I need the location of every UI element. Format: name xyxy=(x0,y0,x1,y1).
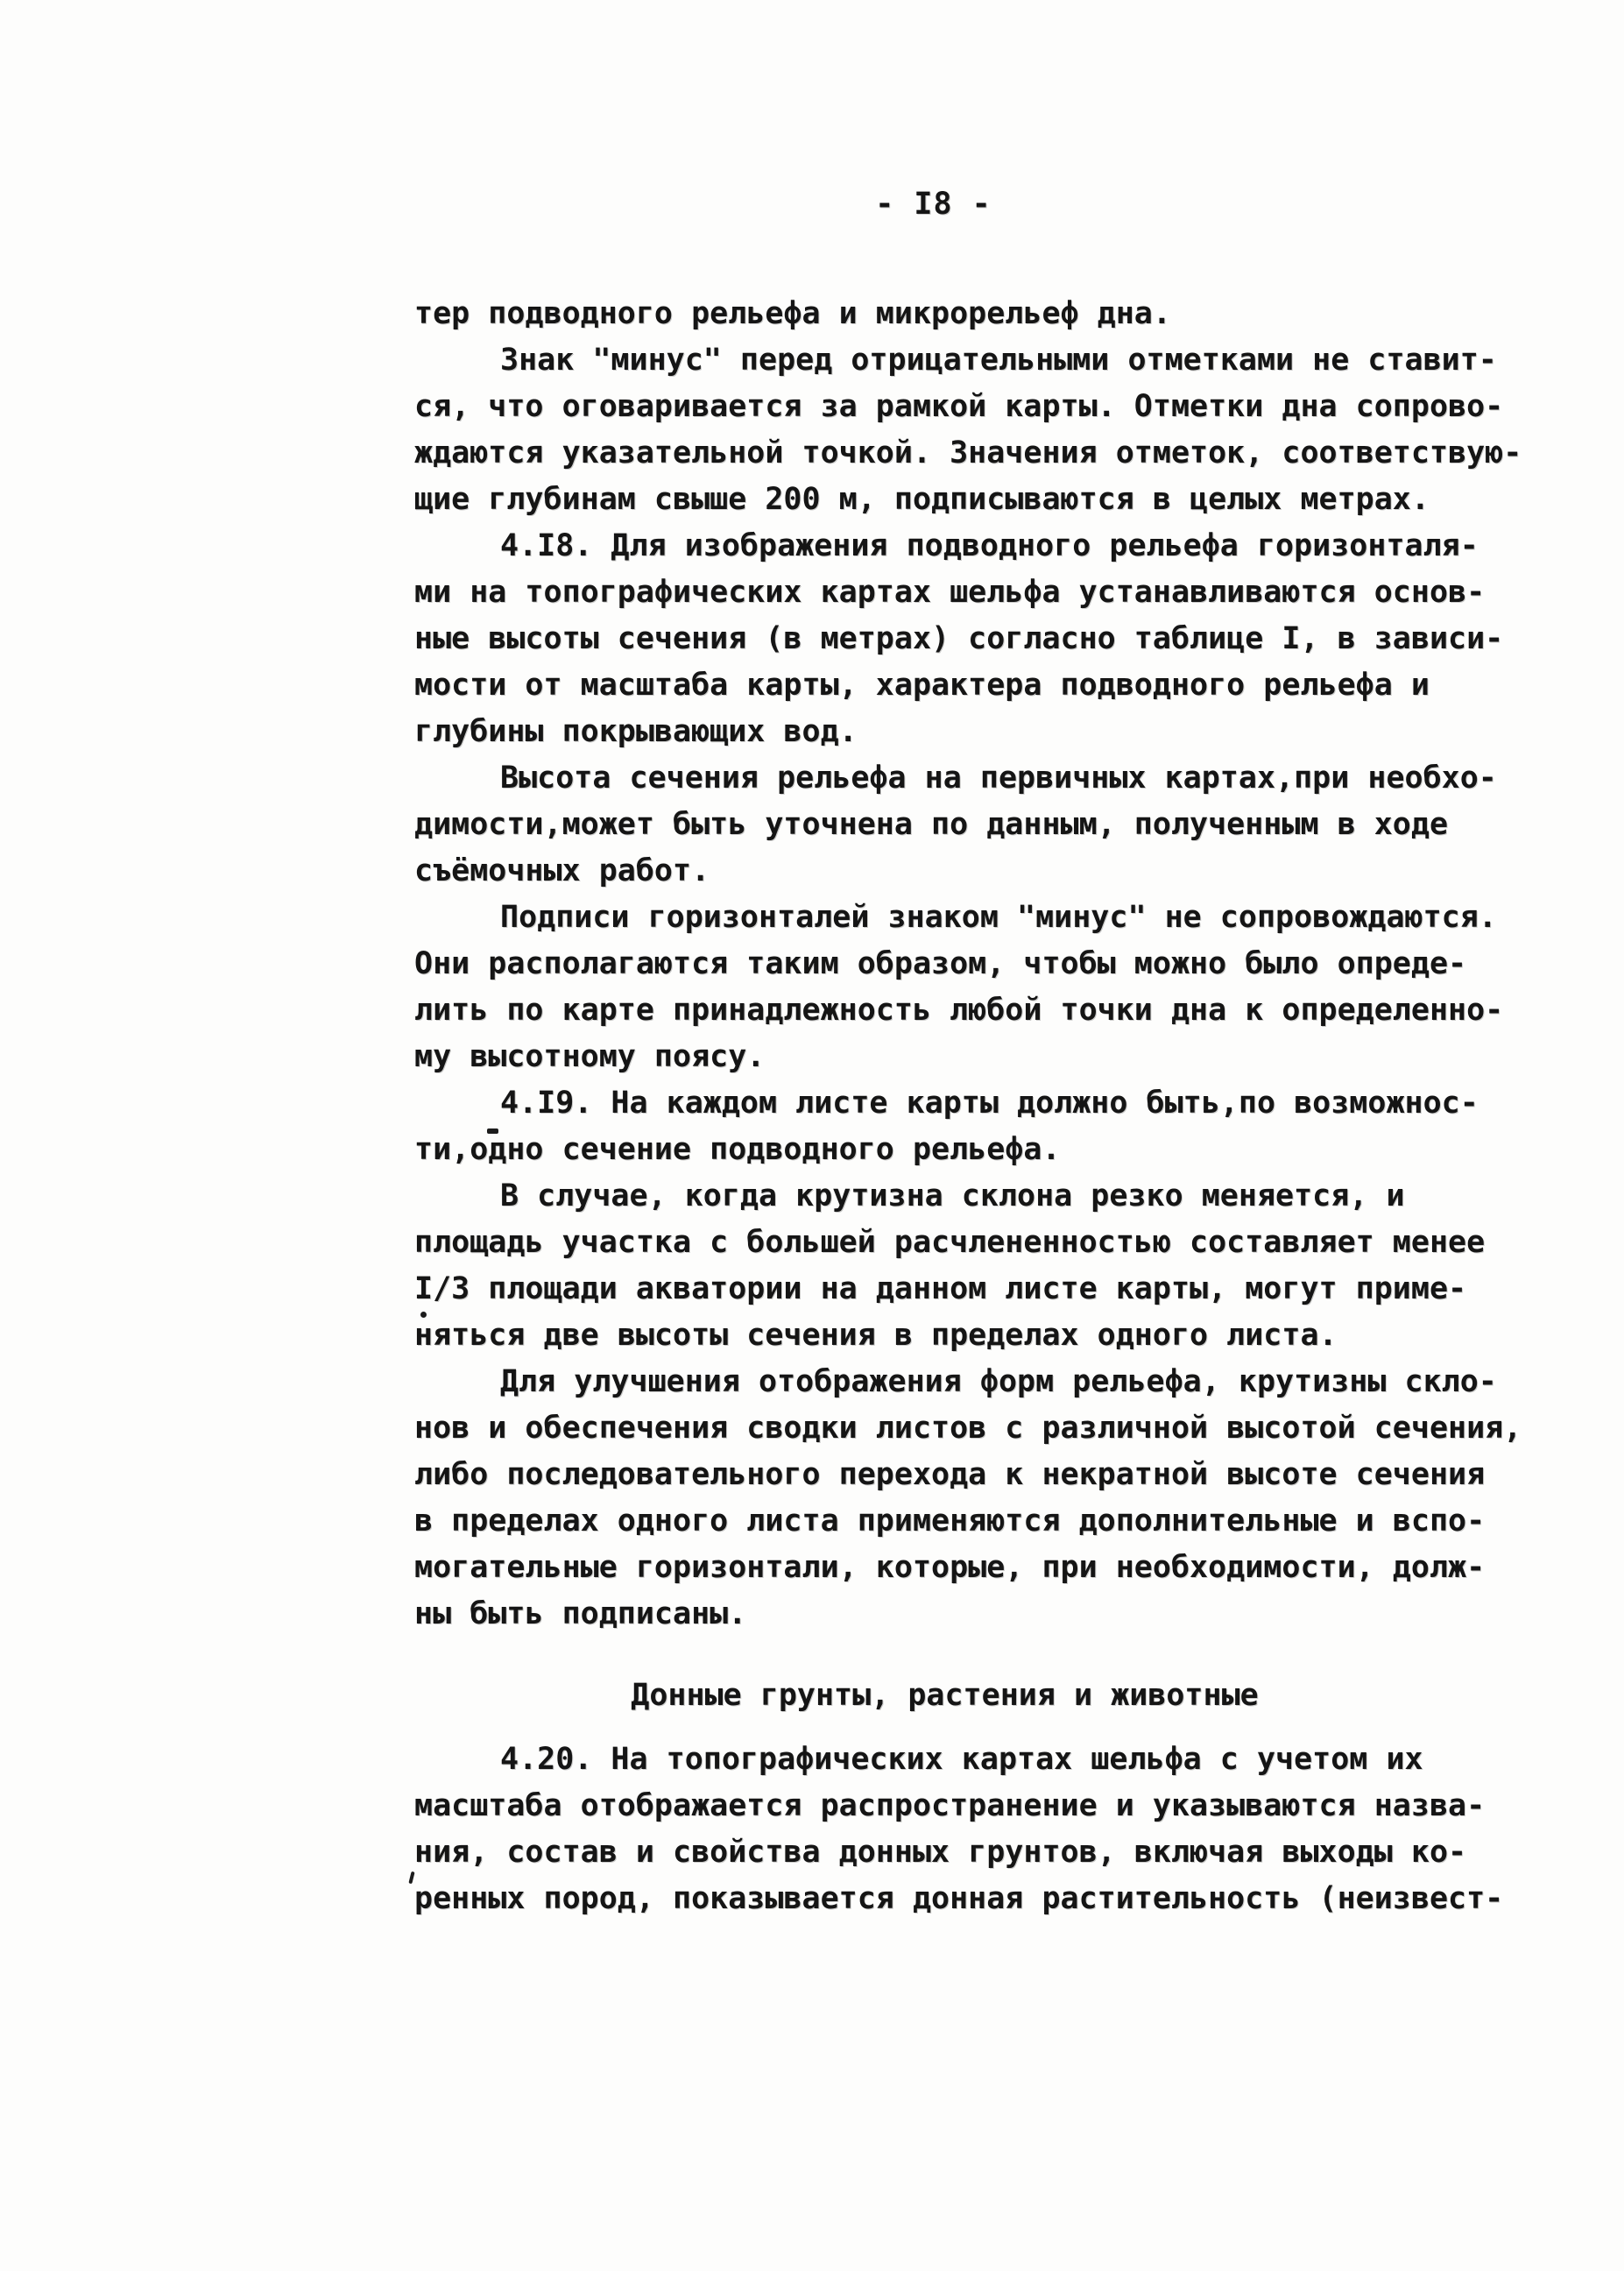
text-line: ренных пород, показывается донная растит… xyxy=(414,1876,1553,1922)
text-line: 4.I9. На каждом листе карты должно быть,… xyxy=(414,1080,1553,1127)
text-line: либо последовательного перехода к некрат… xyxy=(414,1452,1553,1498)
text-line: ми на топографических картах шельфа уста… xyxy=(414,570,1553,616)
text-block: тер подводного рельефа и микрорельеф дна… xyxy=(414,291,1553,1922)
text-line: I/3 площади акватории на данном листе ка… xyxy=(414,1266,1553,1312)
text-line: Для улучшения отображения форм рельефа, … xyxy=(414,1359,1553,1405)
text-line: лить по карте принадлежность любой точки… xyxy=(414,987,1553,1034)
text-line: В случае, когда крутизна склона резко ме… xyxy=(414,1173,1553,1220)
text-line: му высотному поясу. xyxy=(414,1034,1553,1080)
text-line: масштаба отображается распространение и … xyxy=(414,1783,1553,1829)
text-line: 4.20. На топографических картах шельфа с… xyxy=(414,1737,1553,1783)
text-line: площадь участка с большей расчлененность… xyxy=(414,1220,1553,1266)
text-line: 4.I8. Для изображения подводного рельефа… xyxy=(414,523,1553,570)
text-line: щие глубинам свыше 200 м, подписываются … xyxy=(414,477,1553,523)
text-line: ния, состав и свойства донных грунтов, в… xyxy=(414,1829,1553,1876)
text-line: ся, что оговаривается за рамкой карты. О… xyxy=(414,384,1553,430)
text-line: ти,одно сечение подводного рельефа. xyxy=(414,1127,1553,1173)
text-line: ные высоты сечения (в метрах) согласно т… xyxy=(414,616,1553,662)
text-line: Подписи горизонталей знаком "минус" не с… xyxy=(414,895,1553,941)
page-number: - I8 - xyxy=(378,181,1488,228)
text-line: Они располагаются таким образом, чтобы м… xyxy=(414,941,1553,987)
text-line: могательные горизонтали, которые, при не… xyxy=(414,1545,1553,1591)
text-line: ждаются указательной точкой. Значения от… xyxy=(414,430,1553,477)
section-heading: Донные грунты, растения и животные xyxy=(390,1673,1500,1719)
scan-artifact xyxy=(487,1128,498,1134)
text-line: Высота сечения рельефа на первичных карт… xyxy=(414,755,1553,802)
text-line: димости,может быть уточнена по данным, п… xyxy=(414,802,1553,848)
text-line: тер подводного рельефа и микрорельеф дна… xyxy=(414,291,1553,337)
text-line: съёмочных работ. xyxy=(414,848,1553,895)
text-line: глубины покрывающих вод. xyxy=(414,709,1553,755)
scan-artifact xyxy=(420,1312,427,1318)
text-line: нов и обеспечения сводки листов с различ… xyxy=(414,1405,1553,1452)
text-line: няться две высоты сечения в пределах одн… xyxy=(414,1312,1553,1359)
text-line: Знак "минус" перед отрицательными отметк… xyxy=(414,337,1553,384)
text-line: мости от масштаба карты, характера подво… xyxy=(414,662,1553,709)
text-line: ны быть подписаны. xyxy=(414,1591,1553,1638)
text-line: в пределах одного листа применяются допо… xyxy=(414,1498,1553,1545)
